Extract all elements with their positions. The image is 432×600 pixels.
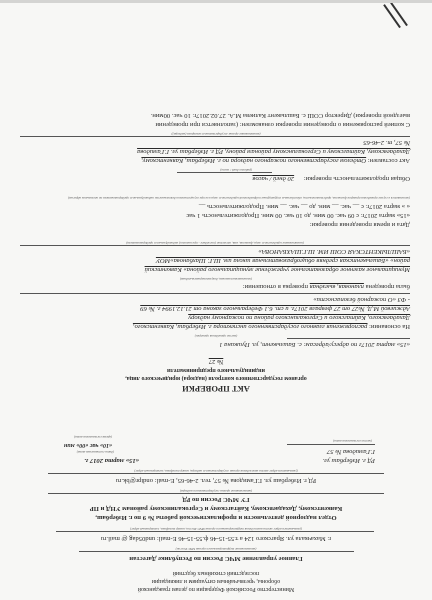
- pen-mark: [391, 2, 408, 26]
- act-subtitle-line-2: индивидуального предпринимателя: [0, 367, 432, 373]
- divider: [48, 473, 384, 474]
- main-department-caption: (наименование территориального органа МЧ…: [0, 547, 432, 551]
- composed-line-2: Дахадаевскому, Кайтагскому и Сергокалинс…: [137, 148, 410, 155]
- conducted-caption: (плановая/внеплановая, документарная/вые…: [0, 277, 432, 281]
- basis-text-1: распоряжения главного государственного и…: [133, 323, 368, 330]
- acquainted-line-2: выездной проверки) Директор СОШ с. Башлы…: [151, 112, 410, 119]
- division-line-1: Отдел надзорной деятельности и профилакт…: [0, 514, 432, 521]
- divider: [177, 172, 272, 173]
- address-caption: (место проведения проверки): [0, 334, 432, 338]
- act-number: № 27: [0, 358, 432, 365]
- pen-mark: [384, 4, 401, 28]
- composed-label: Акт составлен:: [368, 157, 410, 164]
- divider: [20, 245, 410, 246]
- entity-line-2: район» «Башлыкентская средняя общеобразо…: [156, 257, 410, 264]
- composed-caption: (наименование органа государственного ко…: [0, 132, 432, 136]
- divider: [287, 444, 375, 445]
- basis-text-2: Дахадаевского, Кайтагского и Сергокалинс…: [188, 314, 410, 321]
- conducted-label: была проведена: [366, 283, 410, 290]
- division-address-caption: (указывается адрес места нахождения орга…: [0, 469, 432, 473]
- divider: [56, 531, 374, 532]
- division-line-2: Каякентскому, Дахадаевскому, Кайтагскому…: [0, 505, 432, 512]
- basis-text-4: - ФЗ «О пожарной безопасности»: [313, 296, 410, 303]
- act-subtitle-line-1: органом государственного контроля (надзо…: [0, 375, 432, 381]
- division-line-3: ГУ МЧС России по РД: [0, 496, 432, 503]
- entity-line-1: Муниципальное казенное образовательное у…: [145, 266, 410, 273]
- ministry-line-2: обороны, чрезвычайным ситуациям и ликвид…: [0, 578, 432, 584]
- act-date: «15» марта 2017 г.: [84, 457, 139, 464]
- composed-line-1: Отделом государственного пожарного надзо…: [141, 157, 366, 164]
- acquainted-line-1: С копией распоряжения о проведении прове…: [155, 121, 410, 128]
- place-line-2: Г.Гамидова № 57: [327, 448, 375, 455]
- scanned-document-page: Министерство Российской Федерации по дел…: [0, 0, 432, 600]
- division-address: РД г. Избербаш ул. Г.Гамидова № 57, тел.…: [0, 477, 432, 484]
- divider: [20, 293, 410, 294]
- entity-caption: (наименование юридического лица, фамилия…: [20, 241, 410, 245]
- place-line-1: РД г. Избербаш ул.: [323, 457, 375, 464]
- entity-line-3: «БАШЛЫКЕНТСКАЯ СОШ ИМ. Ш.Г.ШАХБАНОВА»: [258, 248, 410, 255]
- divider: [48, 493, 384, 494]
- composed-line-3: № 57, т. 2-46-65: [363, 139, 410, 146]
- place-caption: (место составления акта): [333, 439, 372, 443]
- duration-value: 20 дней / часов: [253, 175, 295, 182]
- scan-edge: [0, 0, 432, 3]
- conducted-value: плановая, выездная: [310, 283, 364, 290]
- conducted-suffix: проверка в отношении:: [243, 283, 308, 290]
- duration-label: Общая продолжительность проверки:: [304, 175, 410, 182]
- act-title: АКТ ПРОВЕРКИ: [0, 384, 432, 394]
- duration-caption: (рабочих дней / часов): [220, 168, 252, 172]
- divider: [79, 551, 354, 552]
- basis-text-3: Аджиевой М.Д. №27 от 27 февраля 2017г. и…: [140, 305, 410, 312]
- ministry-line-1: Министерство Российской Федерации по дел…: [0, 586, 432, 592]
- main-department-address: г. Махачкала ул. Ярагского 124 а т.55-15…: [0, 535, 432, 542]
- divider: [20, 136, 410, 137]
- divider: [287, 338, 410, 339]
- datetime-row-1: «15» марта 2017г. с 09 час. 00 мин. до 1…: [186, 212, 410, 219]
- main-department-name: Главное управление МЧС России по Республ…: [0, 555, 432, 562]
- time-caption: (время составления акта): [74, 435, 112, 439]
- date-caption: (дата составления акта): [77, 450, 114, 454]
- basis-label: На основании:: [369, 323, 410, 330]
- inspection-address: «15» марта 2017г по адресу/адресам: с. Б…: [219, 341, 410, 348]
- datetime-label: Дата и время проведения проверки:: [310, 221, 410, 228]
- datetime-row-2: « » марта 2017г. с __ час. __ мин. до __…: [199, 203, 410, 210]
- act-time: «10» час «00» мин: [64, 442, 112, 448]
- datetime-caption: (заполняется в случае проведения проверо…: [20, 196, 410, 200]
- main-address-caption: (указывается адрес места нахождения терр…: [0, 527, 432, 531]
- ministry-line-3: последствий стихийных бедствий: [0, 570, 432, 576]
- division-caption: (наименование органа государственного на…: [0, 489, 432, 493]
